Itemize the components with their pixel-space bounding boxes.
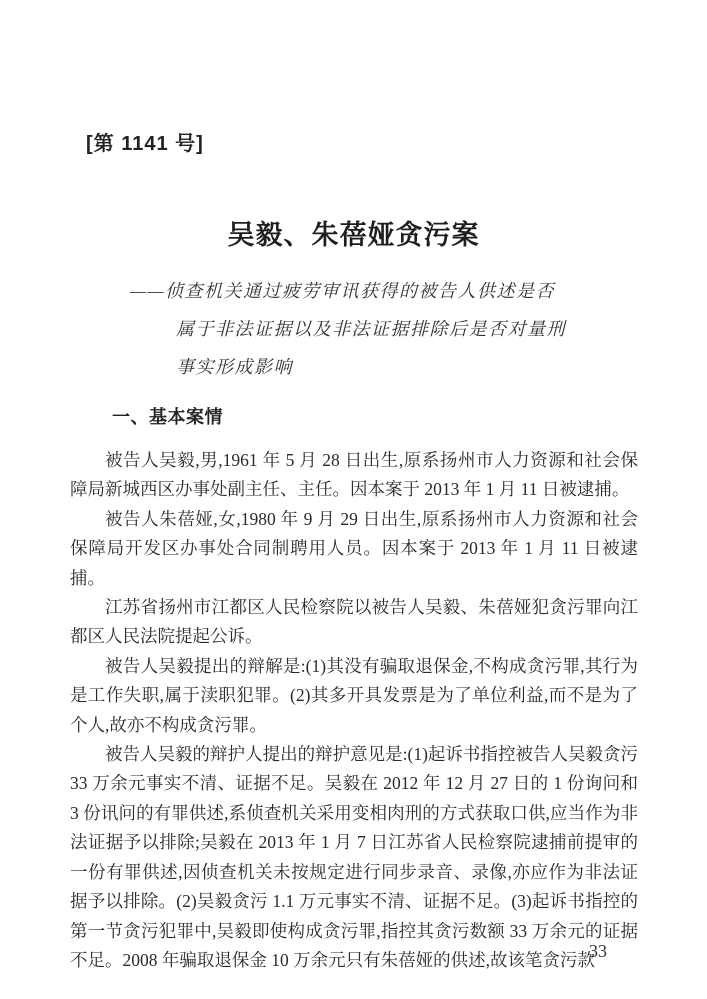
paragraph: 被告人吴毅的辩护人提出的辩护意见是:(1)起诉书指控被告人吴毅贪污 33 万余元… [70,740,638,975]
body-text: 被告人吴毅,男,1961 年 5 月 28 日出生,原系扬州市人力资源和社会保障… [70,446,638,975]
case-number: [第 1141 号] [86,127,204,156]
section-heading: 一、基本案情 [112,403,223,429]
subtitle-line: 属于非法证据以及非法证据排除后是否对量刑 [176,310,590,348]
case-subtitle: ——侦查机关通过疲劳审讯获得的被告人供述是否 属于非法证据以及非法证据排除后是否… [130,272,590,386]
subtitle-line: ——侦查机关通过疲劳审讯获得的被告人供述是否 [130,272,590,310]
paragraph: 被告人吴毅,男,1961 年 5 月 28 日出生,原系扬州市人力资源和社会保障… [70,446,638,505]
paragraph: 被告人朱蓓娅,女,1980 年 9 月 29 日出生,原系扬州市人力资源和社会保… [70,505,638,593]
book-page: [第 1141 号] 吴毅、朱蓓娅贪污案 ——侦查机关通过疲劳审讯获得的被告人供… [0,0,707,999]
case-title: 吴毅、朱蓓娅贪污案 [0,213,707,252]
page-number: 33 [589,941,607,962]
paragraph: 江苏省扬州市江都区人民检察院以被告人吴毅、朱蓓娅犯贪污罪向江都区人民法院提起公诉… [70,593,638,652]
paragraph: 被告人吴毅提出的辩解是:(1)其没有骗取退保金,不构成贪污罪,其行为是工作失职,… [70,652,638,740]
subtitle-line: 事实形成影响 [176,348,590,386]
